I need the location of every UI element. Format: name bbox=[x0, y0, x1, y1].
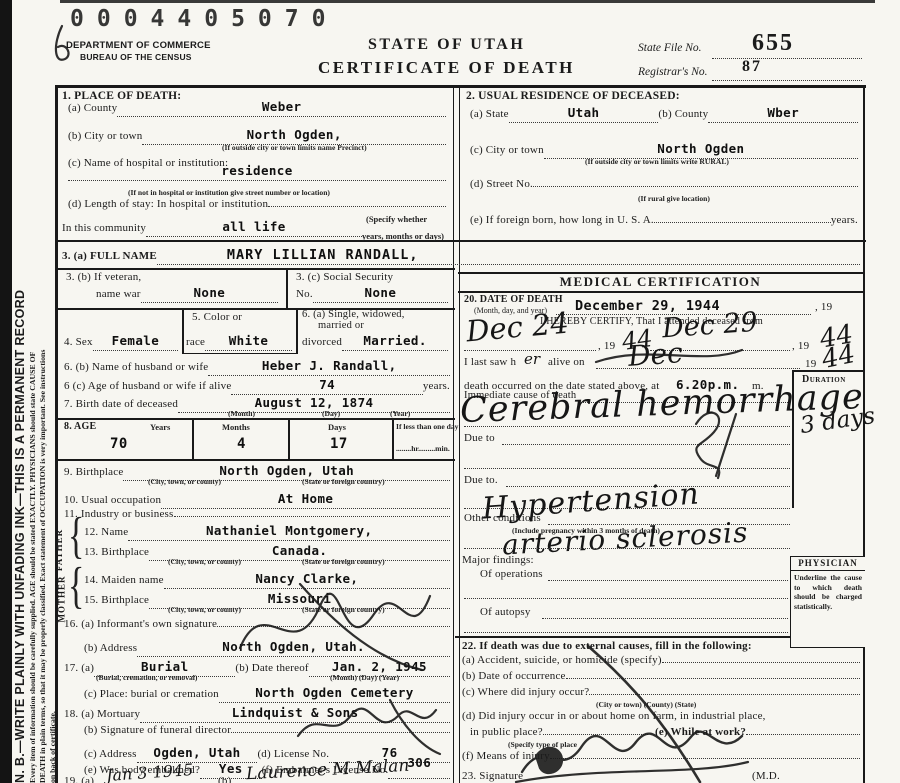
form-border-top bbox=[55, 85, 866, 88]
of-autopsy-label: Of autopsy bbox=[480, 606, 531, 618]
city-label: (b) City or town bbox=[68, 130, 142, 142]
dotted-leader bbox=[464, 632, 788, 633]
dotted-leader bbox=[596, 368, 800, 369]
birth-date-note-year: (Year) bbox=[390, 409, 410, 418]
birth-date-note-day: (Day) bbox=[322, 409, 340, 418]
father-birthplace-value: Canada. bbox=[272, 543, 327, 558]
ssn-label: 3. (c) Social Security bbox=[296, 271, 393, 283]
state-file-no-label: State File No. bbox=[638, 42, 702, 54]
date-thereof-note: (Month) (Day) (Year) bbox=[330, 673, 399, 682]
ssn-row: No. None bbox=[296, 284, 448, 303]
mother-birthplace-value: Missouri bbox=[268, 591, 331, 606]
informant-signature-label: 16. (a) Informant's own signature bbox=[64, 618, 217, 630]
father-name-label: 12. Name bbox=[84, 526, 128, 538]
row-line bbox=[55, 268, 455, 270]
dotted-leader: None bbox=[141, 284, 278, 303]
burial-value: Burial bbox=[141, 659, 189, 674]
dotted-leader bbox=[231, 732, 450, 733]
mother-brace: { bbox=[68, 559, 84, 616]
husband-name-row: 6. (b) Name of husband or wife Heber J. … bbox=[64, 357, 450, 376]
state-county-row: (a) State Utah (b) County Wber bbox=[470, 104, 858, 123]
marital-value: Married. bbox=[363, 333, 426, 348]
age-years-head: Years bbox=[150, 422, 170, 432]
foreign-born-row: (e) If foreign born, how long in U. S. A… bbox=[470, 214, 858, 226]
cell-line bbox=[286, 268, 288, 308]
state-title: STATE OF UTAH bbox=[368, 36, 525, 54]
mother-side-label: MOTHER bbox=[57, 575, 67, 622]
community-label: In this community bbox=[62, 222, 146, 234]
birthplace-note-1: (City, town, or county) bbox=[148, 477, 221, 486]
dotted-leader bbox=[712, 58, 862, 59]
dotted-leader bbox=[464, 548, 790, 549]
veteran-label-2: name war bbox=[96, 288, 141, 300]
md-suffix: (M.D. bbox=[752, 770, 780, 782]
injury-where-label: (c) Where did injury occur? bbox=[462, 686, 589, 698]
husband-name-value: Heber J. Randall, bbox=[262, 358, 397, 373]
dotted-leader: Nathaniel Montgomery, bbox=[128, 522, 450, 541]
means-of-injury-label: (f) Means of injury bbox=[462, 750, 550, 762]
physician-signature-label: 23. Signature bbox=[462, 770, 523, 782]
last-saw-er-handwriting: er bbox=[524, 350, 540, 368]
dotted-leader bbox=[502, 444, 790, 445]
res-city-value: North Ogden bbox=[657, 141, 744, 156]
embalmer-license-value: 306 bbox=[407, 755, 431, 770]
age-days-head: Days bbox=[328, 422, 346, 432]
birthplace-row: 9. Birthplace North Ogden, Utah bbox=[64, 462, 450, 481]
dotted-leader: residence bbox=[68, 162, 446, 181]
marital-label-2: married or bbox=[318, 320, 364, 331]
date-thereof-value: Jan. 2, 1945 bbox=[332, 659, 427, 674]
father-name-row: 12. Name Nathaniel Montgomery, bbox=[84, 522, 450, 541]
dotted-leader bbox=[662, 662, 860, 663]
occupation-row: 10. Usual occupation At Home bbox=[64, 490, 450, 509]
injury-place-label-2: in public place? bbox=[470, 726, 543, 738]
dotted-leader: all life bbox=[146, 218, 362, 237]
father-birthplace-row: 13. Birthplace Canada. bbox=[84, 542, 450, 561]
dotted-leader bbox=[268, 206, 446, 207]
burial-place-label: (c) Place: burial or cremation bbox=[84, 688, 219, 700]
dotted-leader bbox=[543, 734, 648, 735]
occurrence-date-row: (b) Date of occurrence bbox=[462, 670, 860, 682]
birthplace-note-2: (State or foreign country) bbox=[302, 477, 385, 486]
age-years-value: 70 bbox=[110, 436, 128, 452]
column-divider bbox=[453, 85, 460, 783]
county-row: (a) County Weber bbox=[68, 98, 446, 117]
mother-birthplace-label: 15. Birthplace bbox=[84, 594, 149, 606]
scan-edge-left-bar bbox=[0, 0, 12, 783]
sex-value: Female bbox=[112, 333, 160, 348]
dotted-leader bbox=[746, 734, 860, 735]
physician-signature-underline bbox=[516, 762, 748, 782]
death-certificate-scan: N. B.—WRITE PLAINLY WITH UNFADING INK—TH… bbox=[0, 0, 900, 783]
age-months-value: 4 bbox=[237, 436, 246, 452]
sex-label: 4. Sex bbox=[64, 336, 93, 348]
father-name-value: Nathaniel Montgomery, bbox=[206, 523, 372, 538]
street-note: (If rural give location) bbox=[638, 194, 710, 203]
embalmed-value: Yes bbox=[219, 761, 243, 776]
dotted-leader: None bbox=[313, 284, 448, 303]
serial-number-stamp: 0004405070 bbox=[70, 6, 338, 32]
marital-row: divorced Married. bbox=[302, 332, 448, 351]
row19-label: 19. (a) bbox=[64, 775, 94, 783]
physician-instruction-box: PHYSICIAN Underline the cause to which d… bbox=[790, 556, 865, 648]
state-file-no-value: 655 bbox=[752, 30, 794, 57]
res-city-label: (c) City or town bbox=[470, 144, 544, 156]
certificate-title: CERTIFICATE OF DEATH bbox=[318, 58, 575, 78]
mortuary-row: 18. (a) Mortuary Lindquist & Sons bbox=[64, 704, 450, 723]
foreign-born-suffix: years. bbox=[831, 214, 858, 226]
res-county-label: (b) County bbox=[658, 108, 708, 120]
dotted-leader bbox=[550, 758, 860, 759]
veteran-value: None bbox=[193, 285, 225, 300]
mortuary-value: Lindquist & Sons bbox=[232, 705, 359, 720]
last-saw-pre-label: I last saw h bbox=[464, 356, 516, 368]
length-of-stay-row: (d) Length of stay: In hospital or insti… bbox=[68, 198, 446, 210]
dotted-leader bbox=[548, 580, 788, 581]
funeral-director-label: (b) Signature of funeral director bbox=[84, 724, 231, 736]
injury-where-row: (c) Where did injury occur? bbox=[462, 686, 860, 698]
dotted-leader: Female bbox=[93, 332, 178, 351]
res-city-note: (If outside city or town limits write RU… bbox=[585, 157, 729, 166]
due-to-slash bbox=[716, 414, 736, 476]
mother-name-label: 14. Maiden name bbox=[84, 574, 164, 586]
birthplace-label: 9. Birthplace bbox=[64, 466, 123, 478]
margin-small-line-2: DEATH in plain terms, so that it may be … bbox=[38, 0, 47, 783]
county-label: (a) County bbox=[68, 102, 117, 114]
full-name-row: 3. (a) FULL NAME MARY LILLIAN RANDALL, bbox=[62, 246, 860, 265]
due-to-1-label: Due to bbox=[464, 432, 495, 444]
informant-address-label: (b) Address bbox=[84, 642, 137, 654]
full-name-label: 3. (a) FULL NAME bbox=[62, 250, 157, 262]
form-border-right bbox=[863, 85, 865, 783]
informant-address-value: North Ogden, Utah. bbox=[222, 639, 365, 654]
informant-signature-row: 16. (a) Informant's own signature bbox=[64, 618, 450, 630]
age-table-line bbox=[288, 418, 290, 459]
length-of-stay-label: (d) Length of stay: In hospital or insti… bbox=[68, 198, 268, 210]
dotted-leader: Married. bbox=[342, 332, 448, 351]
hospital-row: residence bbox=[68, 162, 446, 181]
date-of-death-suffix: , 19 bbox=[815, 301, 832, 313]
major-findings-label: Major findings: bbox=[462, 554, 534, 566]
husband-name-label: 6. (b) Name of husband or wife bbox=[64, 361, 208, 373]
due-to-2-label: Due to. bbox=[464, 474, 498, 486]
registrar-no-label: Registrar's No. bbox=[638, 66, 708, 78]
hospital-value: residence bbox=[221, 163, 292, 178]
street-label: (d) Street No. bbox=[470, 178, 533, 190]
dotted-leader bbox=[654, 222, 831, 223]
husband-age-suffix: years. bbox=[423, 380, 450, 392]
injury-where-note: (City or town) (County) (State) bbox=[596, 700, 696, 709]
med-title-line bbox=[458, 291, 863, 293]
state-value: Utah bbox=[568, 105, 600, 120]
section22-title: 22. If death was due to external causes,… bbox=[462, 640, 752, 652]
last-saw-year-label: 19 bbox=[805, 358, 816, 370]
injury-place-note: (Specify type of place bbox=[508, 740, 577, 749]
ssn-value: None bbox=[365, 285, 397, 300]
mother-birthplace-note-2: (State or foreign country) bbox=[302, 605, 385, 614]
section-divider-line bbox=[55, 240, 866, 242]
cell-line bbox=[296, 308, 298, 354]
last-saw-mid-label: alive on bbox=[548, 356, 585, 368]
dept-of-commerce-label: DEPARTMENT OF COMMERCE bbox=[66, 40, 211, 51]
community-note-1: (Specify whether bbox=[366, 214, 427, 224]
dotted-leader bbox=[217, 626, 450, 627]
age-hr-min: ........hr.........min. bbox=[396, 444, 450, 453]
certify-year2-label: , 19 bbox=[792, 340, 809, 352]
occupation-label: 10. Usual occupation bbox=[64, 494, 161, 506]
registrar-no-value: 87 bbox=[742, 58, 762, 76]
cell-line bbox=[182, 308, 184, 354]
dotted-leader: Utah bbox=[509, 104, 659, 123]
mother-birthplace-row: 15. Birthplace Missouri bbox=[84, 590, 450, 609]
burial-place-row: (c) Place: burial or cremation North Ogd… bbox=[84, 684, 450, 703]
bureau-of-census-label: BUREAU OF THE CENSUS bbox=[80, 52, 192, 62]
dotted-leader: At Home bbox=[161, 490, 450, 509]
physician-box-text: Underline the cause to which death shoul… bbox=[791, 571, 865, 613]
age-days-value: 17 bbox=[330, 436, 348, 452]
accident-row: (a) Accident, suicide, or homicide (spec… bbox=[462, 654, 860, 666]
dotted-leader bbox=[174, 516, 451, 517]
dotted-leader: Weber bbox=[117, 98, 446, 117]
burial-place-value: North Ogden Cemetery bbox=[255, 685, 414, 700]
husband-age-row: 6 (c) Age of husband or wife if alive 74… bbox=[64, 376, 450, 395]
city-value: North Ogden, bbox=[247, 127, 342, 142]
marital-label-3: divorced bbox=[302, 336, 342, 348]
foreign-born-label: (e) If foreign born, how long in U. S. A… bbox=[470, 214, 654, 226]
dotted-leader: North Ogden, Utah. bbox=[137, 638, 450, 657]
community-value: all life bbox=[222, 219, 285, 234]
form-border-left bbox=[55, 85, 58, 783]
res-county-value: Wber bbox=[767, 105, 799, 120]
age-table-line bbox=[192, 418, 194, 459]
margin-big-line: N. B.—WRITE PLAINLY WITH UNFADING INK—TH… bbox=[13, 0, 27, 783]
accident-label: (a) Accident, suicide, or homicide (spec… bbox=[462, 654, 662, 666]
age-table-top bbox=[55, 418, 455, 420]
dotted-leader: Nancy Clarke, bbox=[164, 570, 450, 589]
dotted-leader: Lindquist & Sons bbox=[140, 704, 450, 723]
father-side-label: FATHER bbox=[54, 529, 64, 571]
row19-b-label: (b) bbox=[218, 775, 231, 783]
dotted-leader: North Ogden Cemetery bbox=[219, 684, 450, 703]
injury-place-row: in public place? bbox=[470, 726, 648, 738]
mortuary-address-label: (c) Address bbox=[84, 748, 137, 760]
dotted-leader bbox=[464, 468, 790, 469]
father-birthplace-note-1: (City, town, or county) bbox=[168, 557, 241, 566]
medical-certification-title: MEDICAL CERTIFICATION bbox=[458, 274, 863, 290]
mother-birthplace-note-1: (City, town, or county) bbox=[168, 605, 241, 614]
father-birthplace-note-2: (State or foreign country) bbox=[302, 557, 385, 566]
cell-line bbox=[182, 353, 297, 354]
dotted-leader: MARY LILLIAN RANDALL, bbox=[157, 246, 860, 265]
community-row: In this community all life bbox=[62, 218, 362, 237]
age-months-head: Months bbox=[222, 422, 250, 432]
ssn-label-2: No. bbox=[296, 288, 313, 300]
mortuary-label: 18. (a) Mortuary bbox=[64, 708, 140, 720]
dotted-leader: Wber bbox=[708, 104, 858, 123]
father-birthplace-label: 13. Birthplace bbox=[84, 546, 149, 558]
marital-label-1: 6. (a) Single, widowed, bbox=[302, 309, 405, 320]
birthplace-value: North Ogden, Utah bbox=[219, 463, 354, 478]
dotted-leader: Heber J. Randall, bbox=[208, 357, 450, 376]
hospital-note: (If not in hospital or institution give … bbox=[128, 188, 330, 197]
age-less-than-day-head: If less than one day bbox=[396, 422, 458, 431]
funeral-director-row: (b) Signature of funeral director bbox=[84, 724, 450, 736]
means-of-injury-row: (f) Means of injury bbox=[462, 750, 860, 762]
color-race-label: 5. Color or bbox=[192, 311, 242, 323]
informant-address-row: (b) Address North Ogden, Utah. bbox=[84, 638, 450, 657]
license-label: (d) License No. bbox=[257, 748, 329, 760]
dotted-leader bbox=[533, 186, 858, 187]
dotted-leader bbox=[589, 694, 860, 695]
occupation-value: At Home bbox=[278, 491, 333, 506]
age-table-line bbox=[392, 418, 394, 459]
birth-date-note-month: (Month) bbox=[228, 409, 255, 418]
age-label: 8. AGE bbox=[64, 421, 96, 432]
dotted-leader bbox=[566, 678, 860, 679]
husband-age-value: 74 bbox=[319, 377, 335, 392]
dotted-leader: White bbox=[205, 332, 292, 351]
age-table-bottom bbox=[55, 459, 455, 461]
injury-place-label-1: (d) Did injury occur in or about home on… bbox=[462, 710, 766, 722]
race-row: race White bbox=[186, 332, 292, 351]
section2-title: 2. USUAL RESIDENCE OF DECEASED: bbox=[466, 90, 680, 102]
mother-name-row: 14. Maiden name Nancy Clarke, bbox=[84, 570, 450, 589]
father-brace: { bbox=[68, 509, 84, 566]
burial-num-label: 17. (a) bbox=[64, 662, 94, 674]
while-at-work-label: (e) While at work? bbox=[655, 726, 746, 738]
while-at-work-row: (e) While at work? bbox=[655, 726, 860, 738]
full-name-value: MARY LILLIAN RANDALL, bbox=[227, 247, 419, 263]
physician-box-title: PHYSICIAN bbox=[791, 557, 865, 571]
mortuary-address-value: Ogden, Utah bbox=[153, 745, 240, 760]
city-note: (If outside city or town limits name Pre… bbox=[222, 143, 367, 152]
sex-row: 4. Sex Female bbox=[64, 332, 178, 351]
husband-age-label: 6 (c) Age of husband or wife if alive bbox=[64, 380, 231, 392]
margin-instructions: N. B.—WRITE PLAINLY WITH UNFADING INK—TH… bbox=[13, 0, 57, 783]
race-value: White bbox=[229, 333, 269, 348]
race-label: race bbox=[186, 336, 205, 348]
state-label: (a) State bbox=[470, 108, 509, 120]
street-row: (d) Street No. bbox=[470, 178, 858, 190]
veteran-row: name war None bbox=[96, 284, 278, 303]
birth-date-label: 7. Birth date of deceased bbox=[64, 398, 178, 410]
of-operations-label: Of operations bbox=[480, 568, 543, 580]
date-of-death-label: 20. DATE OF DEATH bbox=[464, 294, 563, 305]
dotted-leader bbox=[542, 618, 788, 619]
dotted-leader bbox=[712, 80, 862, 81]
county-value: Weber bbox=[262, 99, 302, 114]
mother-name-value: Nancy Clarke, bbox=[255, 571, 358, 586]
burial-note: (Burial, cremation, or removal) bbox=[96, 673, 197, 682]
community-note-2: years, months or days) bbox=[362, 231, 444, 241]
date-thereof-label: (b) Date thereof bbox=[235, 662, 308, 674]
occurrence-date-label: (b) Date of occurrence bbox=[462, 670, 566, 682]
veteran-label: 3. (b) If veteran, bbox=[66, 271, 141, 283]
dotted-leader bbox=[464, 598, 788, 599]
scan-edge-top-line bbox=[60, 0, 875, 3]
certify-year1-label: , 19 bbox=[598, 340, 615, 352]
last-saw-month-handwriting: Dec bbox=[627, 336, 684, 373]
birth-date-value: August 12, 1874 bbox=[255, 395, 374, 410]
dotted-leader: 74 bbox=[231, 376, 422, 395]
industry-row: 11. Industry or business bbox=[64, 508, 450, 520]
margin-small-line-1: Every item of information should be care… bbox=[28, 0, 37, 783]
